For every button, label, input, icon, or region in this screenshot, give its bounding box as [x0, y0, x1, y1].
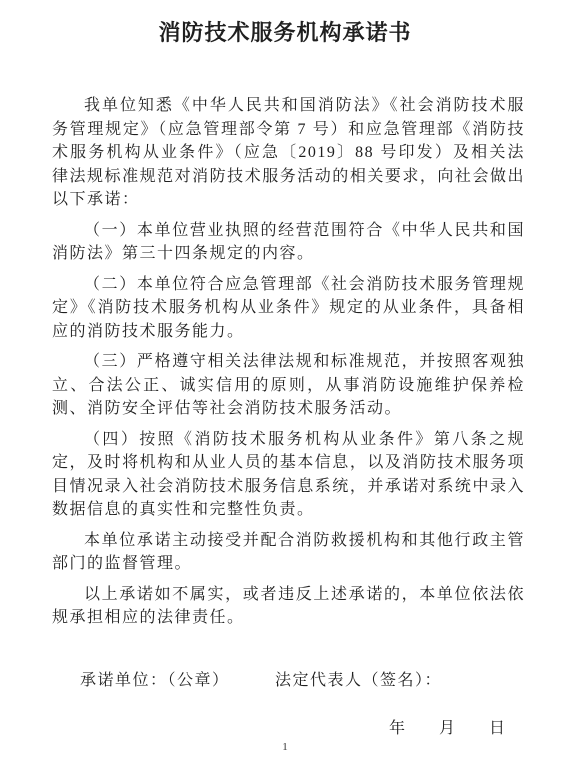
signature-seal-hint: （公章）	[168, 672, 230, 689]
signature-representative-label: 法定代表人（签名）：	[275, 672, 442, 689]
document-title: 消防技术服务机构承诺书	[0, 20, 570, 46]
signature-unit-label: 承诺单位：	[80, 672, 168, 689]
paragraph-item-4: （四）按照《消防技术服务机构从业条件》第八条之规定，及时将机构和从业人员的基本信…	[52, 428, 525, 522]
signature-row: 承诺单位：（公章） 法定代表人（签名）：	[52, 669, 525, 693]
paragraph-supervision: 本单位承诺主动接受并配合消防救援机构和其他行政主管部门的监督管理。	[52, 529, 525, 576]
date-year-label: 年	[389, 717, 405, 741]
paragraph-item-2: （二）本单位符合应急管理部《社会消防技术服务管理规定》《消防技术服务机构从业条件…	[52, 273, 525, 344]
document-body: 我单位知悉《中华人民共和国消防法》《社会消防技术服务管理规定》（应急管理部令第 …	[52, 94, 525, 630]
paragraph-item-3: （三）严格遵守相关法律法规和标准规范，并按照客观独立、合法公正、诚实信用的原则，…	[52, 350, 525, 421]
paragraph-item-1: （一）本单位营业执照的经营范围符合《中华人民共和国消防法》第三十四条规定的内容。	[52, 219, 525, 266]
date-month-label: 月	[439, 717, 455, 741]
date-row: 年 月 日	[52, 717, 525, 741]
paragraph-liability: 以上承诺如不属实，或者违反上述承诺的，本单位依法依规承担相应的法律责任。	[52, 583, 525, 630]
document-page: 消防技术服务机构承诺书 我单位知悉《中华人民共和国消防法》《社会消防技术服务管理…	[0, 0, 570, 767]
paragraph-intro: 我单位知悉《中华人民共和国消防法》《社会消防技术服务管理规定》（应急管理部令第 …	[52, 94, 525, 212]
date-day-label: 日	[489, 717, 505, 741]
page-number: 1	[0, 741, 570, 753]
